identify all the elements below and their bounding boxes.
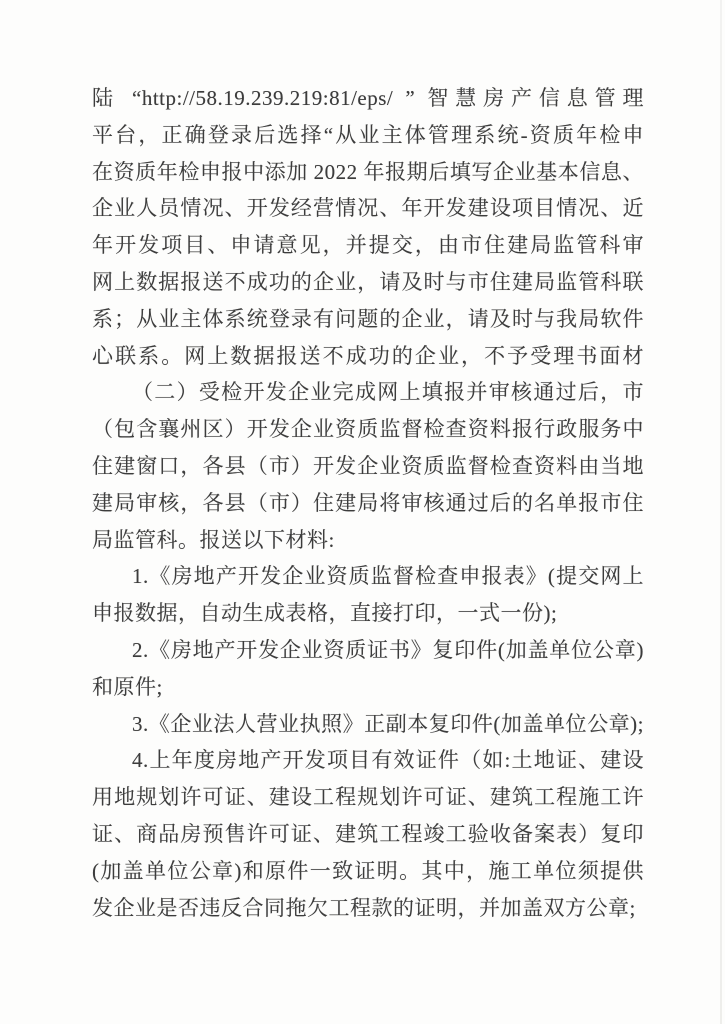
- text-line: 申报数据，自动生成表格，直接打印，一式一份);: [92, 595, 644, 632]
- text-line: 建局审核，各县（市）住建局将审核通过后的名单报市住建: [92, 485, 644, 522]
- text-line: 企业人员情况、开发经营情况、年开发建设项目情况、近三: [92, 190, 644, 227]
- text-line: 和原件;: [92, 669, 644, 706]
- text-line: （包含襄州区）开发企业资质监督检查资料报行政服务中心: [92, 411, 644, 448]
- text-line: 在资质年检申报中添加 2022 年报期后填写企业基本信息、: [92, 154, 644, 191]
- scan-edge-shadow: [720, 0, 722, 1024]
- text-line: 发企业是否违反合同拖欠工程款的证明，并加盖双方公章;: [92, 890, 644, 927]
- text-line: 系；从业主体系统登录有问题的企业，请及时与我局软件中: [92, 301, 644, 338]
- text-line: 3.《企业法人营业执照》正副本复印件(加盖单位公章);: [92, 706, 644, 743]
- text-line: 2.《房地产开发企业资质证书》复印件(加盖单位公章): [92, 632, 644, 669]
- text-line: (加盖单位公章)和原件一致证明。其中，施工单位须提供开: [92, 853, 644, 890]
- text-line: 用地规划许可证、建设工程规划许可证、建筑工程施工许可: [92, 779, 644, 816]
- text-line: 1.《房地产开发企业资质监督检查申报表》(提交网上: [92, 558, 644, 595]
- text-line: 住建窗口，各县（市）开发企业资质监督检查资料由当地住: [92, 448, 644, 485]
- text-line: 4.上年度房地产开发项目有效证件（如:土地证、建设: [92, 742, 644, 779]
- text-line: （二）受检开发企业完成网上填报并审核通过后，市区: [92, 374, 644, 411]
- text-line: 年开发项目、申请意见，并提交，由市住建局监管科审核。: [92, 227, 644, 264]
- text-line: 心联系。网上数据报送不成功的企业，不予受理书面材料。: [92, 338, 644, 375]
- text-line: 陆 “http://58.19.239.219:81/eps/ ” 智慧房产信息…: [92, 80, 644, 117]
- document-body: 陆 “http://58.19.239.219:81/eps/ ” 智慧房产信息…: [92, 80, 644, 926]
- scanned-document-page: 陆 “http://58.19.239.219:81/eps/ ” 智慧房产信息…: [0, 0, 725, 1024]
- text-line: 局监管科。报送以下材料:: [92, 522, 644, 559]
- text-line: 证、商品房预售许可证、建筑工程竣工验收备案表）复印件: [92, 816, 644, 853]
- text-line: 网上数据报送不成功的企业，请及时与市住建局监管科联: [92, 264, 644, 301]
- text-line: 平台，正确登录后选择“从业主体管理系统-资质年检申报”。: [92, 117, 644, 154]
